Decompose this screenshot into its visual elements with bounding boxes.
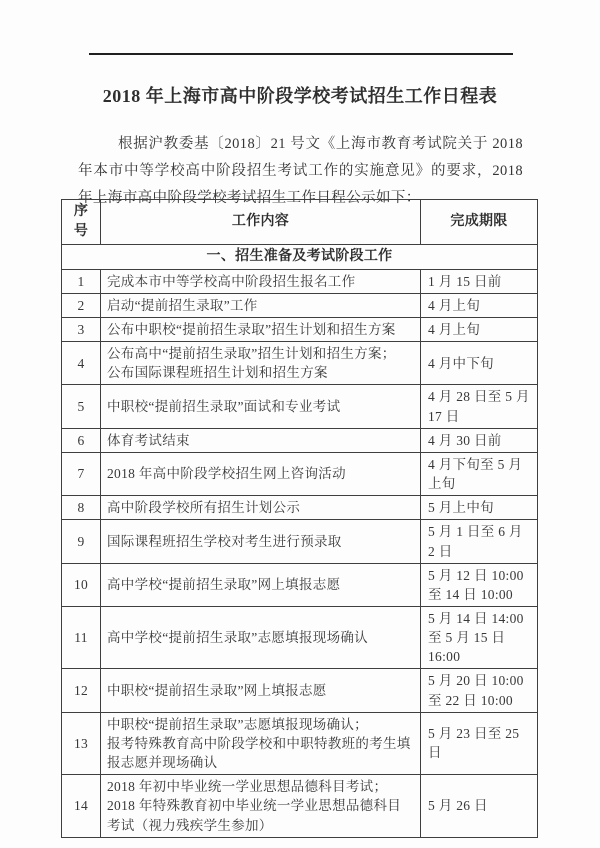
table-row: 2 启动“提前招生录取”工作 4 月上旬	[62, 293, 538, 317]
row-content: 国际课程班招生学校对考生进行预录取	[101, 520, 421, 563]
table-row: 6 体育考试结束 4 月 30 日前	[62, 428, 538, 452]
page-header-rule	[89, 53, 513, 55]
table-row: 9 国际课程班招生学校对考生进行预录取 5 月 1 日至 6 月 2 日	[62, 520, 538, 563]
row-number: 10	[62, 563, 101, 606]
row-deadline: 4 月上旬	[421, 293, 538, 317]
row-deadline: 4 月下旬至 5 月上旬	[421, 452, 538, 495]
row-deadline: 5 月 1 日至 6 月 2 日	[421, 520, 538, 563]
row-deadline: 4 月中下旬	[421, 342, 538, 385]
table-row: 8 高中阶段学校所有招生计划公示 5 月上中旬	[62, 496, 538, 520]
document-page: 2018 年上海市高中阶段学校考试招生工作日程表 根据沪教委基〔2018〕21 …	[0, 0, 600, 848]
row-content: 体育考试结束	[101, 428, 421, 452]
row-content: 中职校“提前招生录取”网上填报志愿	[101, 669, 421, 712]
row-deadline: 5 月 23 日至 25 日	[421, 712, 538, 774]
row-number: 13	[62, 712, 101, 774]
document-title: 2018 年上海市高中阶段学校考试招生工作日程表	[0, 82, 600, 108]
row-content: 高中阶段学校所有招生计划公示	[101, 496, 421, 520]
header-deadline: 完成期限	[421, 200, 538, 245]
row-number: 12	[62, 669, 101, 712]
row-content: 公布中职校“提前招生录取”招生计划和招生方案	[101, 317, 421, 341]
table-row: 13 中职校“提前招生录取”志愿填报现场确认； 报考特殊教育高中阶段学校和中职特…	[62, 712, 538, 774]
row-number: 4	[62, 342, 101, 385]
table-row: 1 完成本市中等学校高中阶段招生报名工作 1 月 15 日前	[62, 269, 538, 293]
schedule-table: 序号 工作内容 完成期限 一、招生准备及考试阶段工作 1 完成本市中等学校高中阶…	[61, 199, 538, 838]
row-number: 9	[62, 520, 101, 563]
table-row: 3 公布中职校“提前招生录取”招生计划和招生方案 4 月上旬	[62, 317, 538, 341]
row-content: 2018 年初中毕业统一学业思想品德科目考试； 2018 年特殊教育初中毕业统一…	[101, 775, 421, 837]
table-row: 10 高中学校“提前招生录取”网上填报志愿 5 月 12 日 10:00 至 1…	[62, 563, 538, 606]
row-deadline: 5 月 14 日 14:00 至 5 月 15 日 16:00	[421, 606, 538, 668]
row-deadline: 5 月 20 日 10:00 至 22 日 10:00	[421, 669, 538, 712]
row-content: 2018 年高中阶段学校招生网上咨询活动	[101, 452, 421, 495]
table-row: 5 中职校“提前招生录取”面试和专业考试 4 月 28 日至 5 月 17 日	[62, 385, 538, 428]
row-content: 高中学校“提前招生录取”志愿填报现场确认	[101, 606, 421, 668]
table-row: 14 2018 年初中毕业统一学业思想品德科目考试； 2018 年特殊教育初中毕…	[62, 775, 538, 837]
header-serial-number: 序号	[62, 200, 101, 245]
row-content: 高中学校“提前招生录取”网上填报志愿	[101, 563, 421, 606]
row-deadline: 4 月 30 日前	[421, 428, 538, 452]
header-work-content: 工作内容	[101, 200, 421, 245]
row-content: 启动“提前招生录取”工作	[101, 293, 421, 317]
row-number: 8	[62, 496, 101, 520]
row-number: 7	[62, 452, 101, 495]
table-row: 12 中职校“提前招生录取”网上填报志愿 5 月 20 日 10:00 至 22…	[62, 669, 538, 712]
row-deadline: 4 月 28 日至 5 月 17 日	[421, 385, 538, 428]
row-content: 中职校“提前招生录取”志愿填报现场确认； 报考特殊教育高中阶段学校和中职特教班的…	[101, 712, 421, 774]
row-number: 6	[62, 428, 101, 452]
table-row: 7 2018 年高中阶段学校招生网上咨询活动 4 月下旬至 5 月上旬	[62, 452, 538, 495]
row-number: 3	[62, 317, 101, 341]
row-content: 中职校“提前招生录取”面试和专业考试	[101, 385, 421, 428]
row-number: 5	[62, 385, 101, 428]
row-deadline: 5 月 12 日 10:00 至 14 日 10:00	[421, 563, 538, 606]
row-number: 14	[62, 775, 101, 837]
row-number: 2	[62, 293, 101, 317]
section-title: 一、招生准备及考试阶段工作	[62, 244, 538, 269]
row-deadline: 4 月上旬	[421, 317, 538, 341]
row-number: 11	[62, 606, 101, 668]
row-deadline: 1 月 15 日前	[421, 269, 538, 293]
row-deadline: 5 月上中旬	[421, 496, 538, 520]
row-content: 完成本市中等学校高中阶段招生报名工作	[101, 269, 421, 293]
table-row: 11 高中学校“提前招生录取”志愿填报现场确认 5 月 14 日 14:00 至…	[62, 606, 538, 668]
table-header-row: 序号 工作内容 完成期限	[62, 200, 538, 245]
section-title-row: 一、招生准备及考试阶段工作	[62, 244, 538, 269]
table-row: 4 公布高中“提前招生录取”招生计划和招生方案； 公布国际课程班招生计划和招生方…	[62, 342, 538, 385]
row-content: 公布高中“提前招生录取”招生计划和招生方案； 公布国际课程班招生计划和招生方案	[101, 342, 421, 385]
row-number: 1	[62, 269, 101, 293]
row-deadline: 5 月 26 日	[421, 775, 538, 837]
